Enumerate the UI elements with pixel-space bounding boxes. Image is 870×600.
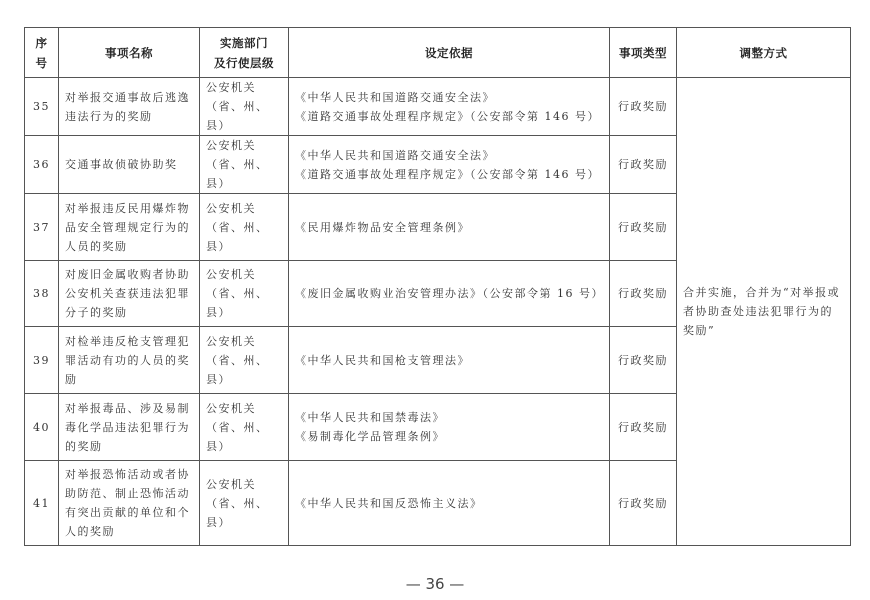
cell-no: 41 (25, 461, 59, 546)
cell-dept: 公安机关（省、州、县） (200, 261, 289, 327)
cell-dept: 公安机关（省、州、县） (200, 194, 289, 261)
basis-line: 《道路交通事故处理程序规定》（公安部令第 146 号） (295, 107, 603, 126)
cell-name: 对举报违反民用爆炸物品安全管理规定行为的人员的奖励 (59, 194, 200, 261)
basis-line: 《道路交通事故处理程序规定》（公安部令第 146 号） (295, 165, 603, 184)
header-type: 事项类型 (610, 28, 677, 78)
header-dept: 实施部门 及行使层级 (200, 28, 289, 78)
cell-type: 行政奖励 (610, 327, 677, 394)
header-adjust: 调整方式 (677, 28, 851, 78)
header-basis: 设定依据 (289, 28, 610, 78)
cell-basis: 《中华人民共和国道路交通安全法》 《道路交通事故处理程序规定》（公安部令第 14… (289, 136, 610, 194)
cell-name: 对举报恐怖活动或者协助防范、制止恐怖活动有突出贡献的单位和个人的奖励 (59, 461, 200, 546)
header-dept-line1: 实施部门 (206, 33, 282, 53)
cell-name: 对举报交通事故后逃逸违法行为的奖励 (59, 78, 200, 136)
table-header-row: 序 号 事项名称 实施部门 及行使层级 设定依据 事项类型 调整方式 (25, 28, 851, 78)
basis-line: 《中华人民共和国反恐怖主义法》 (295, 494, 603, 513)
items-table: 序 号 事项名称 实施部门 及行使层级 设定依据 事项类型 调整方式 35 对举… (24, 27, 851, 546)
cell-adjust-merged: 合并实施，合并为“对举报或者协助查处违法犯罪行为的奖励” (677, 78, 851, 546)
cell-basis: 《中华人民共和国禁毒法》 《易制毒化学品管理条例》 (289, 394, 610, 461)
cell-no: 38 (25, 261, 59, 327)
cell-name: 对举报毒品、涉及易制毒化学品违法犯罪行为的奖励 (59, 394, 200, 461)
cell-dept: 公安机关（省、州、县） (200, 78, 289, 136)
cell-type: 行政奖励 (610, 194, 677, 261)
header-dept-line2: 及行使层级 (206, 53, 282, 73)
basis-line: 《中华人民共和国道路交通安全法》 (295, 146, 603, 165)
table-row: 35 对举报交通事故后逃逸违法行为的奖励 公安机关（省、州、县） 《中华人民共和… (25, 78, 851, 136)
cell-dept: 公安机关（省、州、县） (200, 136, 289, 194)
cell-no: 39 (25, 327, 59, 394)
cell-type: 行政奖励 (610, 394, 677, 461)
header-no: 序 号 (25, 28, 59, 78)
cell-basis: 《民用爆炸物品安全管理条例》 (289, 194, 610, 261)
cell-basis: 《中华人民共和国道路交通安全法》 《道路交通事故处理程序规定》（公安部令第 14… (289, 78, 610, 136)
basis-line: 《中华人民共和国禁毒法》 (295, 408, 603, 427)
basis-line: 《废旧金属收购业治安管理办法》（公安部令第 16 号） (295, 284, 603, 303)
cell-basis: 《中华人民共和国反恐怖主义法》 (289, 461, 610, 546)
cell-type: 行政奖励 (610, 261, 677, 327)
cell-name: 交通事故侦破协助奖 (59, 136, 200, 194)
cell-dept: 公安机关（省、州、县） (200, 327, 289, 394)
cell-type: 行政奖励 (610, 461, 677, 546)
page-number: — 36 — (0, 575, 870, 593)
basis-line: 《民用爆炸物品安全管理条例》 (295, 218, 603, 237)
basis-line: 《易制毒化学品管理条例》 (295, 427, 603, 446)
header-name: 事项名称 (59, 28, 200, 78)
cell-name: 对检举违反枪支管理犯罪活动有功的人员的奖励 (59, 327, 200, 394)
cell-no: 37 (25, 194, 59, 261)
cell-name: 对废旧金属收购者协助公安机关查获违法犯罪分子的奖励 (59, 261, 200, 327)
cell-no: 35 (25, 78, 59, 136)
cell-type: 行政奖励 (610, 78, 677, 136)
basis-line: 《中华人民共和国道路交通安全法》 (295, 88, 603, 107)
cell-basis: 《废旧金属收购业治安管理办法》（公安部令第 16 号） (289, 261, 610, 327)
cell-dept: 公安机关（省、州、县） (200, 394, 289, 461)
cell-type: 行政奖励 (610, 136, 677, 194)
cell-no: 40 (25, 394, 59, 461)
cell-basis: 《中华人民共和国枪支管理法》 (289, 327, 610, 394)
cell-dept: 公安机关（省、州、县） (200, 461, 289, 546)
basis-line: 《中华人民共和国枪支管理法》 (295, 351, 603, 370)
cell-no: 36 (25, 136, 59, 194)
